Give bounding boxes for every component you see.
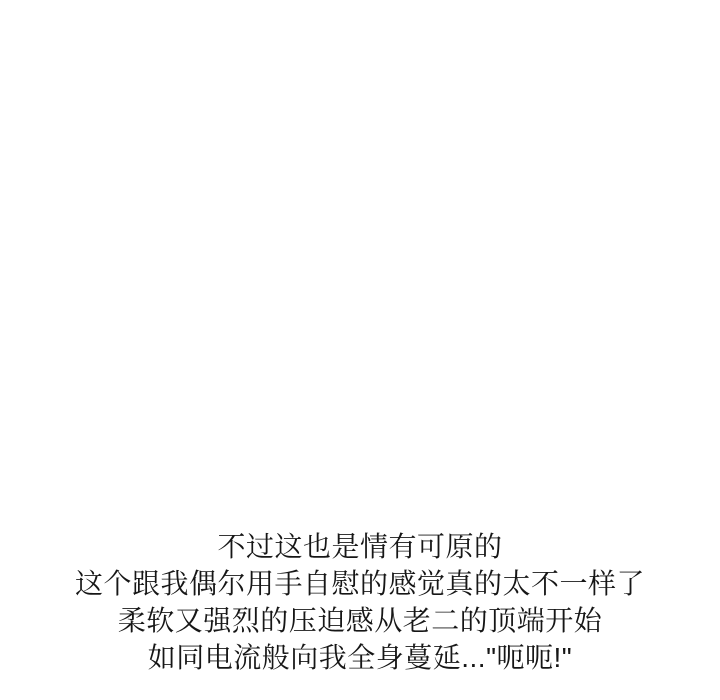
caption-line-2: 这个跟我偶尔用手自慰的感觉真的太不一样了 [0, 565, 720, 602]
caption-line-4: 如同电流般向我全身蔓延..."呃呃!" [0, 639, 720, 676]
caption-text-block: 不过这也是情有可原的 这个跟我偶尔用手自慰的感觉真的太不一样了 柔软又强烈的压迫… [0, 528, 720, 676]
webtoon-panel: 不过这也是情有可原的 这个跟我偶尔用手自慰的感觉真的太不一样了 柔软又强烈的压迫… [0, 0, 720, 700]
caption-line-1: 不过这也是情有可原的 [0, 528, 720, 565]
caption-line-3: 柔软又强烈的压迫感从老二的顶端开始 [0, 602, 720, 639]
